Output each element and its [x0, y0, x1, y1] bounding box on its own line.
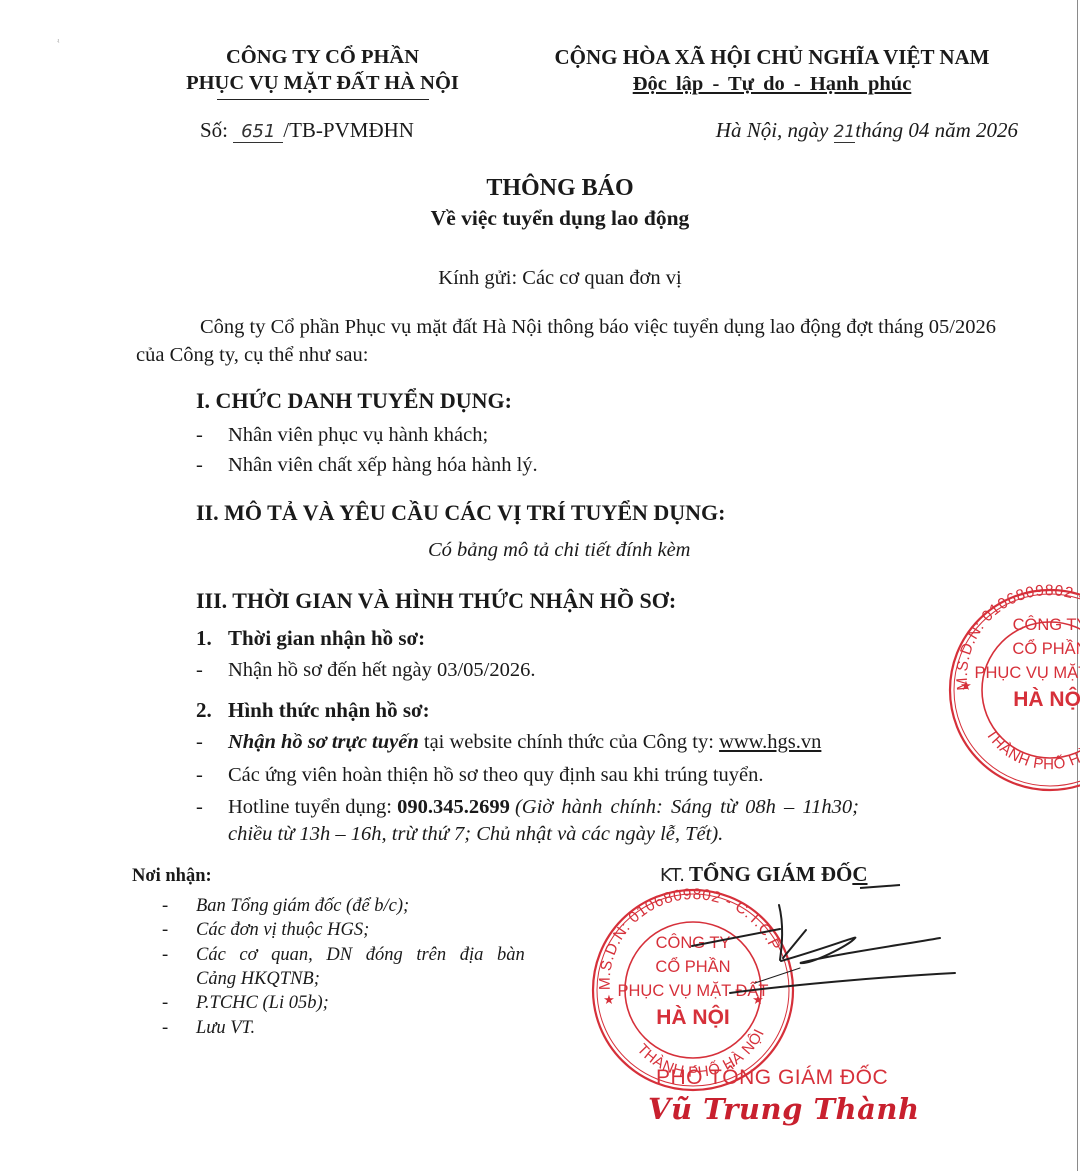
deputy-role: PHÓ TỔNG GIÁM ĐỐC — [656, 1066, 888, 1090]
stamp-text: M.S.D.N: 0106809802 - C.T.C.P THÀNH PHỐ … — [597, 886, 784, 1081]
svg-text:★: ★ — [960, 678, 972, 693]
svg-text:★: ★ — [603, 992, 615, 1007]
title-underline-mark — [860, 885, 900, 888]
svg-text:HÀ NỘI: HÀ NỘI — [656, 1005, 730, 1029]
margin-stamp-text: M.S.D.N: 0106809802 - C.T.C.P THÀNH PHỐ … — [954, 582, 1080, 773]
svg-text:CÔNG TY: CÔNG TY — [656, 933, 731, 952]
svg-text:HÀ NỘI: HÀ NỘI — [1013, 687, 1080, 711]
svg-text:CỔ PHẦN: CỔ PHẦN — [1012, 639, 1080, 658]
svg-text:★: ★ — [752, 992, 764, 1007]
signatory-name: Vũ Trung Thành — [648, 1092, 920, 1126]
document-page: ʵ CÔNG TY CỔ PHẦN PHỤC VỤ MẶT ĐẤT HÀ NỘI… — [0, 0, 1080, 1171]
svg-text:PHỤC VỤ MẶT ĐẤT: PHỤC VỤ MẶT ĐẤT — [975, 663, 1080, 682]
svg-text:THÀNH PHỐ HÀ NỘI: THÀNH PHỐ HÀ NỘI — [982, 725, 1080, 773]
handwritten-signature — [692, 905, 955, 993]
svg-text:CỔ PHẦN: CỔ PHẦN — [655, 957, 730, 976]
svg-text:CÔNG TY: CÔNG TY — [1013, 615, 1080, 634]
stamps-and-signature: M.S.D.N: 0106809802 - C.T.C.P THÀNH PHỐ … — [0, 0, 1080, 1171]
